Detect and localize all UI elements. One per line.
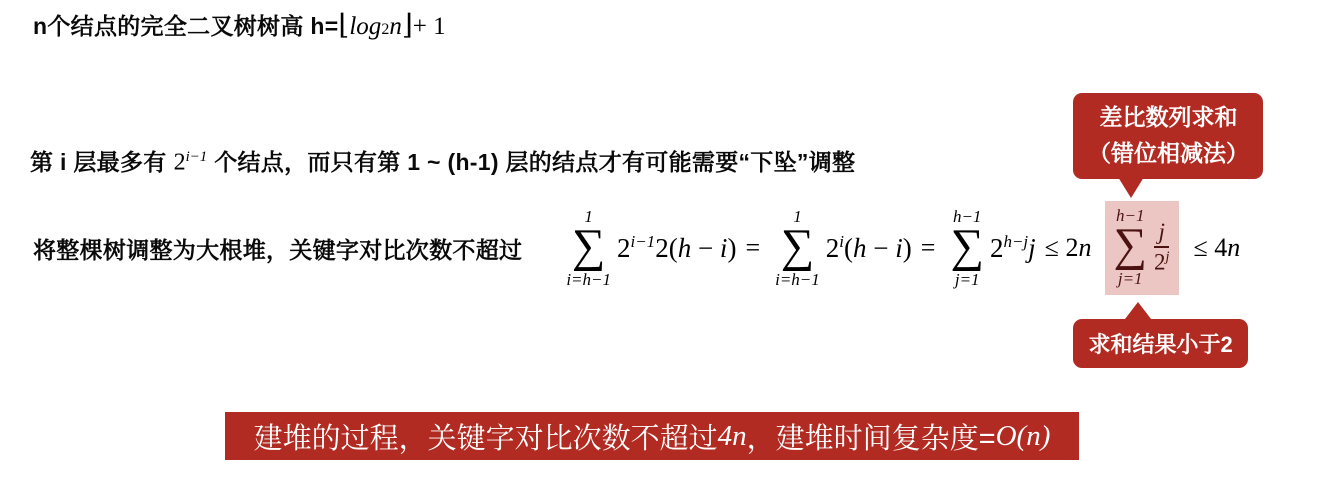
sum3-var-j: j <box>1028 233 1036 263</box>
sum-term-4: h−1 ∑ j=1 <box>1113 207 1147 287</box>
sum1-minus: − <box>691 233 720 263</box>
equals-sign-1: = <box>745 233 760 263</box>
level-nodes-prefix: 第 i 层最多有 <box>30 144 167 177</box>
sum3-exponent: h−j <box>1003 232 1028 251</box>
power-expression: 2i−1 <box>174 149 208 177</box>
callout-sum-result: 求和结果小于2 <box>1073 319 1247 368</box>
leq-4n: ≤ 4n <box>1193 233 1240 263</box>
log-symbol: log <box>349 13 381 41</box>
conclusion-text-1: 建堆的过程，关键字对比次数不超过 <box>254 416 718 457</box>
formula-label: 将整棵树调整为大根堆，关键字对比次数不超过 <box>33 232 522 265</box>
power-exponent: i−1 <box>186 149 208 165</box>
power-base: 2 <box>174 150 186 176</box>
sum1-exponent: i−1 <box>630 232 655 251</box>
callout-arrow-up-icon <box>1125 302 1151 319</box>
slide-canvas: n个结点的完全二叉树树高 h= ⌊ log 2 n ⌋ + 1 第 i 层最多有… <box>0 0 1324 482</box>
callout-sum-method-line1: 差比数列求和 <box>1073 100 1263 136</box>
sigma-icon: ∑ <box>572 227 606 266</box>
log-base: 2 <box>381 21 389 39</box>
sum1-body: 2i−12(h − i) <box>617 232 736 264</box>
highlighted-sum-anchor: h−1 ∑ j=1 j 2j 差比数列求和 （错位相减法） 求和结果小于2 <box>1105 201 1179 295</box>
leq-4n-var: n <box>1227 233 1240 262</box>
sigma-icon: ∑ <box>1113 226 1147 265</box>
floor-bracket-close: ⌋ <box>402 8 413 42</box>
level-nodes-suffix: 个结点，而只有第 1 ~ (h-1) 层的结点才有可能需要“下坠”调整 <box>214 144 855 177</box>
sum1-base: 2 <box>617 233 631 263</box>
highlighted-sum: h−1 ∑ j=1 j 2j <box>1105 201 1179 295</box>
sum2-lower-limit: i=h−1 <box>775 271 820 288</box>
sum1-lower-limit: i=h−1 <box>566 271 611 288</box>
sum1-coeff: 2( <box>655 233 678 263</box>
sigma-icon: ∑ <box>950 227 984 266</box>
conclusion-text-2: ，建堆时间复杂度= <box>747 416 996 457</box>
fraction-den-base: 2 <box>1154 249 1166 274</box>
equals-sign-2: = <box>921 233 936 263</box>
log-argument: n <box>389 13 402 41</box>
plus-one: + 1 <box>413 13 446 41</box>
sum2-var-h: h <box>853 233 867 263</box>
conclusion-math-on: O(n) <box>996 420 1051 453</box>
sum2-open-paren: ( <box>844 233 853 263</box>
sum3-lower-limit: j=1 <box>955 271 980 288</box>
callout-sum-method-line2: （错位相减法） <box>1073 136 1263 172</box>
callout-arrow-down-icon <box>1118 177 1144 198</box>
sum1-var-h: h <box>678 233 692 263</box>
leq-2n-text: ≤ 2 <box>1045 233 1079 262</box>
sum3-base: 2 <box>990 233 1004 263</box>
tree-height-statement: n个结点的完全二叉树树高 h= ⌊ log 2 n ⌋ + 1 <box>33 8 446 42</box>
sum-term-2: 1 ∑ i=h−1 <box>775 208 820 288</box>
fraction-bar <box>1154 246 1169 248</box>
conclusion-math-4n: 4n <box>718 420 747 453</box>
leq-2n: ≤ 2n <box>1045 233 1092 263</box>
fraction-den-exponent: j <box>1165 249 1169 265</box>
sum2-var-i: i <box>895 233 903 263</box>
sum2-minus: − <box>867 233 896 263</box>
sum-term-1: 1 ∑ i=h−1 <box>566 208 611 288</box>
sum1-close-paren: ) <box>727 233 736 263</box>
comparison-bound-formula: 将整棵树调整为大根堆，关键字对比次数不超过 1 ∑ i=h−1 2i−12(h … <box>33 192 1249 304</box>
leq-4n-text: ≤ 4 <box>1193 233 1227 262</box>
level-nodes-statement: 第 i 层最多有 2i−1 个结点，而只有第 1 ~ (h-1) 层的结点才有可… <box>30 144 855 177</box>
sum4-lower-limit: j=1 <box>1118 270 1143 287</box>
leq-2n-var: n <box>1078 233 1091 262</box>
fraction-denominator: 2j <box>1154 250 1169 274</box>
floor-bracket-open: ⌊ <box>338 8 349 42</box>
fraction-j-over-2j: j 2j <box>1154 220 1169 275</box>
sum3-body: 2h−jj <box>990 232 1036 264</box>
tree-height-text: n个结点的完全二叉树树高 h= <box>33 8 338 41</box>
fraction-numerator: j <box>1159 220 1165 244</box>
sigma-icon: ∑ <box>781 227 815 266</box>
sum2-base: 2 <box>826 233 840 263</box>
sum-term-3: h−1 ∑ j=1 <box>950 208 984 288</box>
sum2-close-paren: ) <box>903 233 912 263</box>
callout-sum-method: 差比数列求和 （错位相减法） <box>1073 93 1263 179</box>
sum2-body: 2i(h − i) <box>826 232 912 264</box>
conclusion-banner: 建堆的过程，关键字对比次数不超过 4n ，建堆时间复杂度= O(n) <box>225 412 1079 460</box>
